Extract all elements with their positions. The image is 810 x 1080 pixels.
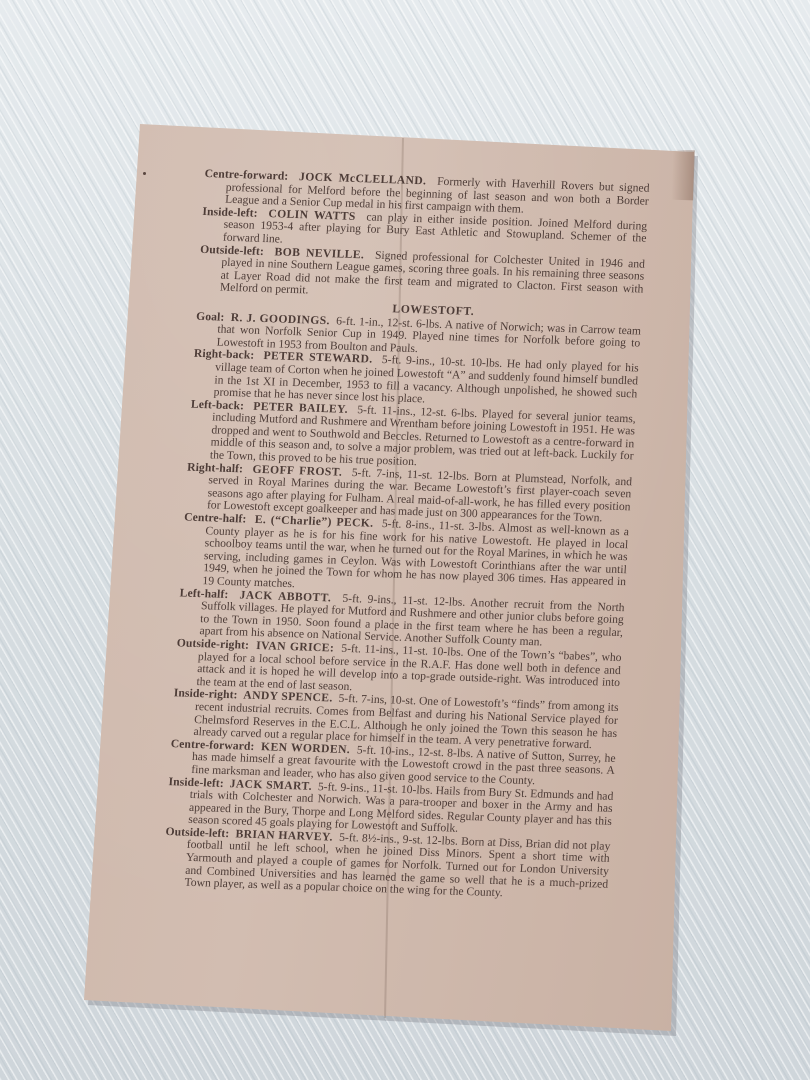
player-description: 5-ft. 8½-ins., 9-st. 12-lbs. Born at Dis… — [184, 831, 611, 900]
player-position: Left-half: — [179, 586, 228, 601]
player-description: 5-ft. 11-ins., 12-st. 6-lbs. Played for … — [210, 403, 637, 468]
player-description: 5-ft. 8-ins., 11-st. 3-lbs. Almost as we… — [202, 517, 629, 590]
lowestoft-player-list: Goal: R. J. GOODINGS. 6-ft. 1-in., 12-st… — [162, 310, 641, 903]
melford-player-list: Centre-forward: JOCK McCLELLAND. Formerl… — [198, 168, 650, 309]
ink-spot — [143, 172, 146, 175]
paper-corner-curl — [671, 150, 695, 201]
player-position: Goal: — [196, 309, 225, 323]
player-profiles: Centre-forward: JOCK McCLELLAND. Formerl… — [162, 168, 650, 904]
